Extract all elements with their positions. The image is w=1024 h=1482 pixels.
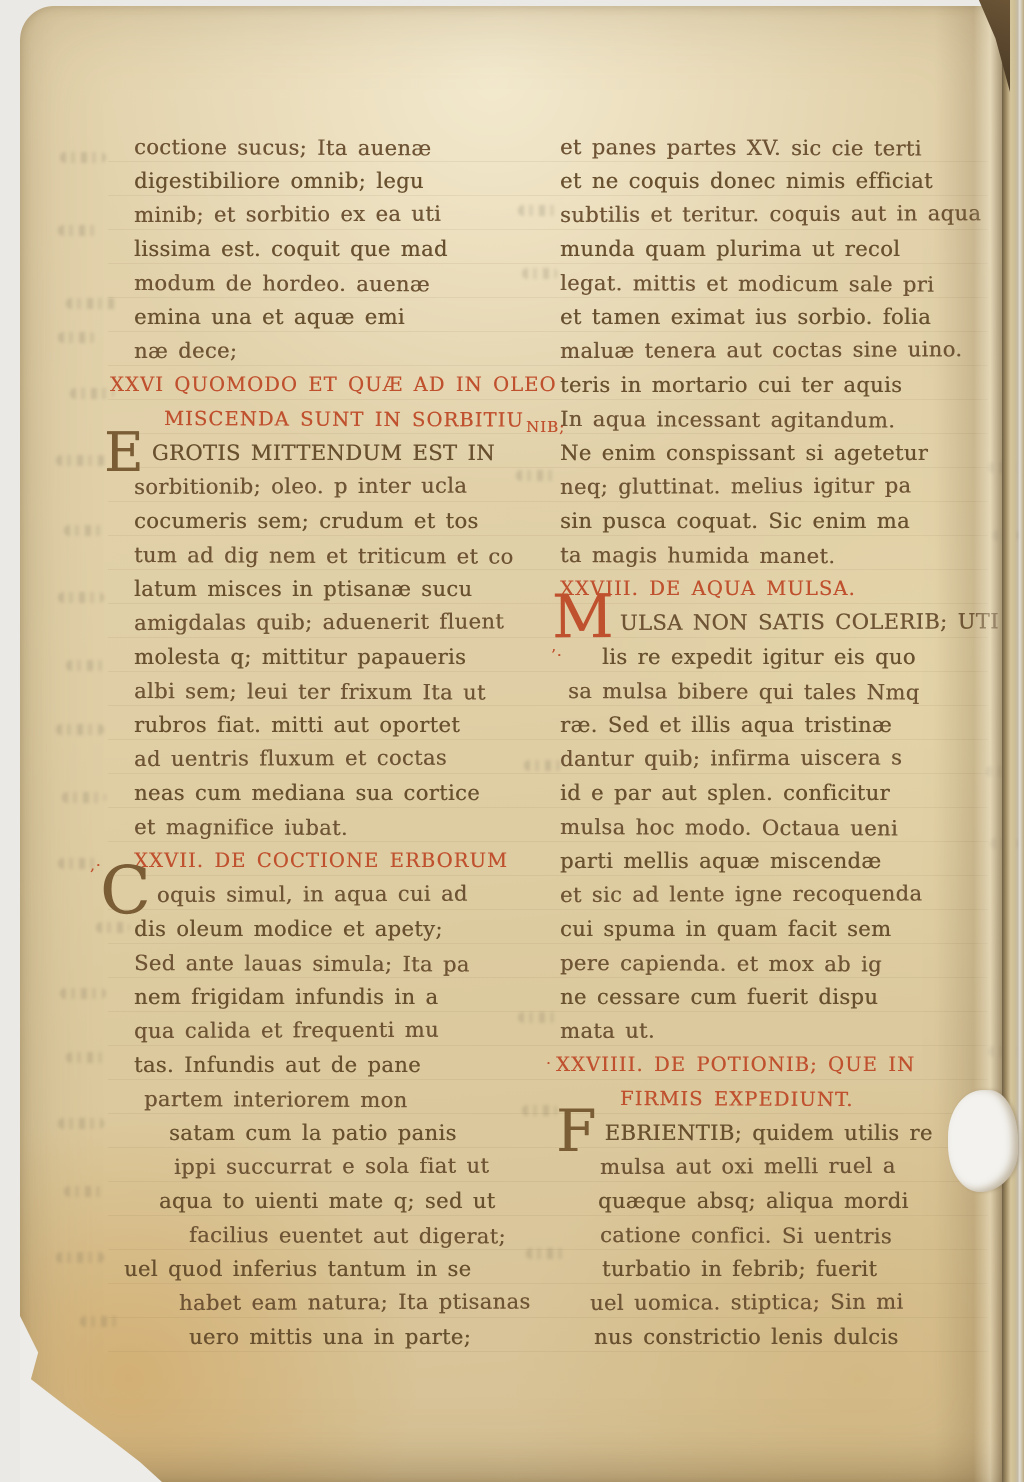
marginal-note: ’· bbox=[551, 646, 563, 664]
marginal-note: NIB; bbox=[526, 418, 565, 436]
gutter-shadow bbox=[934, 6, 1006, 1482]
manuscript-photo: coctione sucus; Ita auenædigestibiliore … bbox=[0, 0, 1024, 1482]
parchment-hole bbox=[948, 1090, 1018, 1192]
manuscript-page: coctione sucus; Ita auenædigestibiliore … bbox=[20, 6, 1006, 1482]
next-page-edge bbox=[1002, 0, 1024, 1482]
marginal-note: ,· bbox=[90, 856, 102, 874]
marginalia-layer: NIB;’·,·· bbox=[20, 6, 1006, 1482]
marginal-note: · bbox=[546, 1054, 552, 1072]
